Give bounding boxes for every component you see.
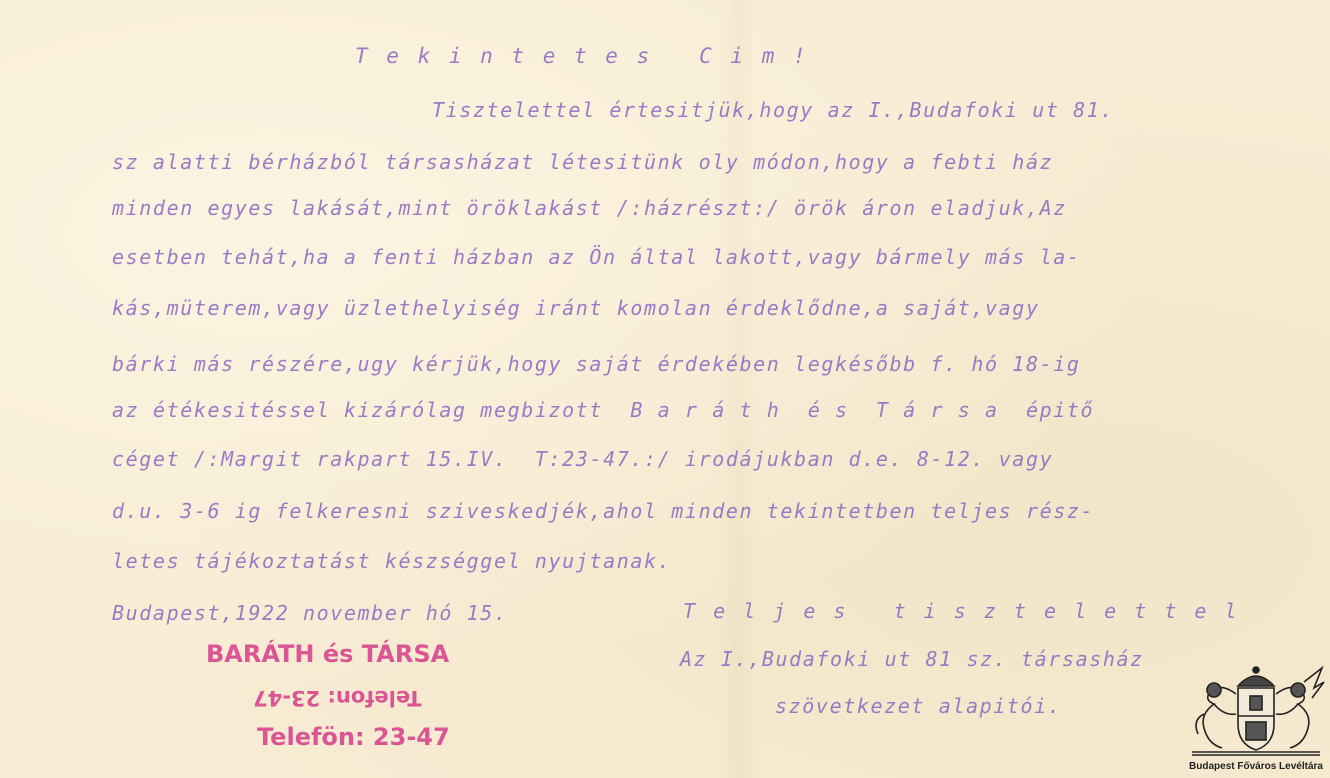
body-line-2: sz alatti bérházból társasházat létesitü…: [112, 150, 1053, 174]
stamp-mirrored-phone: Telefon: 23-47: [253, 686, 422, 710]
body-line-5: kás,müterem,vagy üzlethelyiség iránt kom…: [112, 296, 1040, 320]
body-line-9: d.u. 3-6 ig felkeresni sziveskedjék,ahol…: [112, 499, 1094, 523]
body-line-6: bárki más részére,ugy kérjük,hogy saját …: [112, 352, 1081, 376]
body-line-10: letes tájékoztatást készséggel nyujtanak…: [112, 549, 671, 573]
closing: T e l j e s t i s z t e l e t t e l: [683, 599, 1240, 623]
body-line-3: minden egyes lakását,mint öröklakást /:h…: [112, 196, 1067, 220]
body-line-8: céget /:Margit rakpart 15.IV. T:23-47.:/…: [112, 447, 1053, 471]
archive-logo: Budapest Főváros Levéltára: [1186, 664, 1326, 774]
coat-of-arms-icon: [1186, 664, 1326, 756]
salutation: T e k i n t e t e s C i m !: [355, 44, 809, 68]
stamp-phone: Telefön: 23-47: [257, 723, 450, 751]
stamp-company-name: BARÁTH és TÁRSA: [206, 640, 449, 668]
archive-caption: Budapest Főváros Levéltára: [1186, 761, 1326, 772]
signature-line-2: szövetkezet alapitói.: [775, 694, 1061, 718]
body-line-1: Tisztelettel értesitjük,hogy az I.,Budaf…: [432, 98, 1114, 122]
date-line: Budapest,1922 november hó 15.: [112, 601, 508, 625]
signature-line-1: Az I.,Budafoki ut 81 sz. társasház: [680, 647, 1144, 671]
body-line-7: az étékesitéssel kizárólag megbizott B a…: [112, 398, 1094, 422]
body-line-4: esetben tehát,ha a fenti házban az Ön ál…: [112, 245, 1081, 269]
